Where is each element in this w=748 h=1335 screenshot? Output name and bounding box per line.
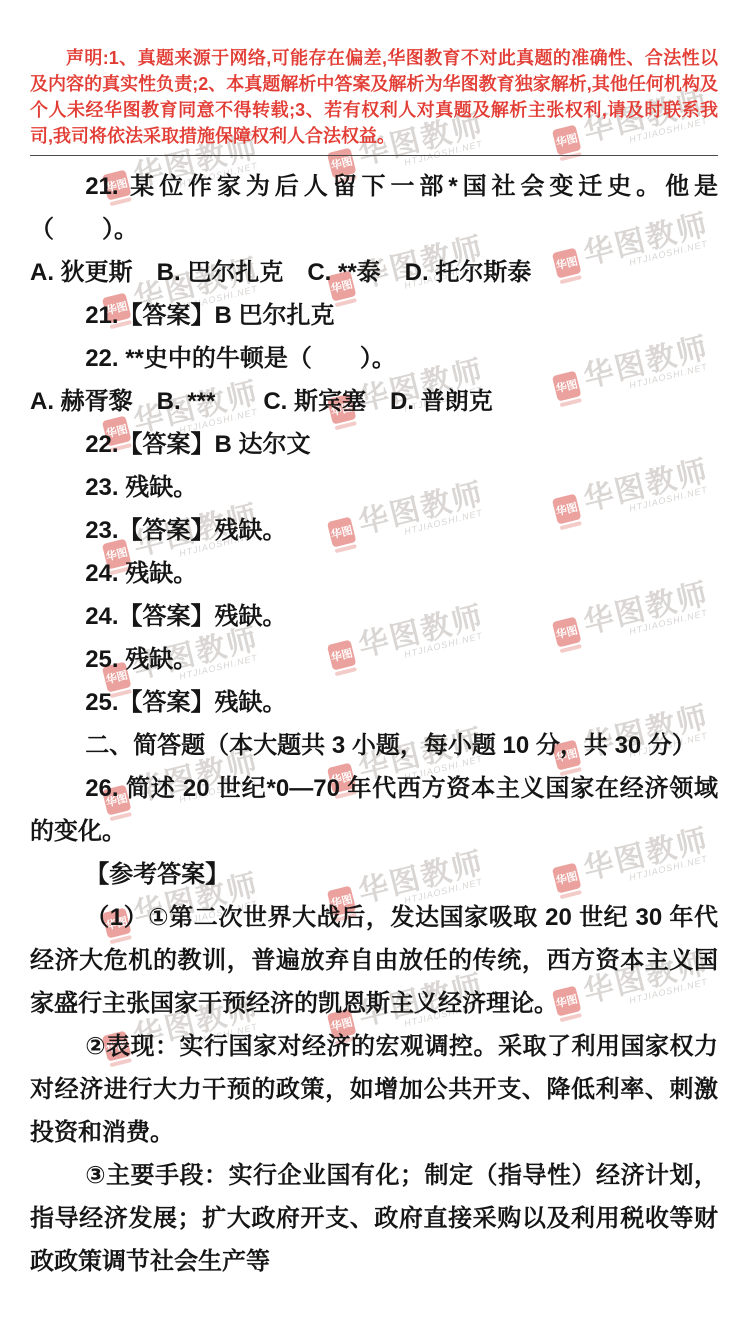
paragraph: 26. 简述 20 世纪*0—70 年代西方资本主义国家在经济领域的变化。 bbox=[30, 767, 718, 853]
paragraph: 【参考答案】 bbox=[30, 853, 718, 896]
disclaimer-text: 1、真题来源于网络,可能存在偏差,华图教育不对此真题的准确性、合法性以及内容的真… bbox=[30, 48, 718, 146]
paragraph: 25. 残缺。 bbox=[30, 638, 718, 681]
paragraph: 22. **史中的牛顿是（ ）。 bbox=[30, 337, 718, 380]
paragraph: A. 狄更斯 B. 巴尔扎克 C. **泰 D. 托尔斯泰 bbox=[30, 251, 718, 294]
paragraph: ②表现：实行国家对经济的宏观调控。采取了利用国家权力对经济进行大力干预的政策，如… bbox=[30, 1025, 718, 1154]
paragraph: 21. 某位作家为后人留下一部*国社会变迁史。他是（ ）。 bbox=[30, 165, 718, 251]
paragraph: A. 赫胥黎 B. *** C. 斯宾塞 D. 普朗克 bbox=[30, 380, 718, 423]
paragraph: （1）①第二次世界大战后，发达国家吸取 20 世纪 30 年代经济大危机的教训，… bbox=[30, 896, 718, 1025]
section-heading: 二、简答题（本大题共 3 小题，每小题 10 分，共 30 分） bbox=[30, 724, 718, 767]
paragraph: 25.【答案】残缺。 bbox=[30, 681, 718, 724]
document-page: 华图华图教师HTJIAOSHI.NET华图华图教师HTJIAOSHI.NET华图… bbox=[0, 0, 748, 1335]
paragraph: ③主要手段：实行企业国有化；制定（指导性）经济计划，指导经济发展；扩大政府开支、… bbox=[30, 1154, 718, 1283]
paragraph: 23.【答案】残缺。 bbox=[30, 509, 718, 552]
divider-line bbox=[30, 155, 718, 156]
document-body-wrapper: 声明:1、真题来源于网络,可能存在偏差,华图教育不对此真题的准确性、合法性以及内… bbox=[0, 45, 748, 1283]
paragraph: 21.【答案】B 巴尔扎克 bbox=[30, 294, 718, 337]
disclaimer-label: 声明: bbox=[66, 48, 109, 68]
paragraph: 23. 残缺。 bbox=[30, 466, 718, 509]
paragraph: 24.【答案】残缺。 bbox=[30, 595, 718, 638]
document-body: 21. 某位作家为后人留下一部*国社会变迁史。他是（ ）。A. 狄更斯 B. 巴… bbox=[30, 165, 718, 1283]
paragraph: 22.【答案】B 达尔文 bbox=[30, 423, 718, 466]
disclaimer: 声明:1、真题来源于网络,可能存在偏差,华图教育不对此真题的准确性、合法性以及内… bbox=[30, 45, 718, 149]
paragraph: 24. 残缺。 bbox=[30, 552, 718, 595]
